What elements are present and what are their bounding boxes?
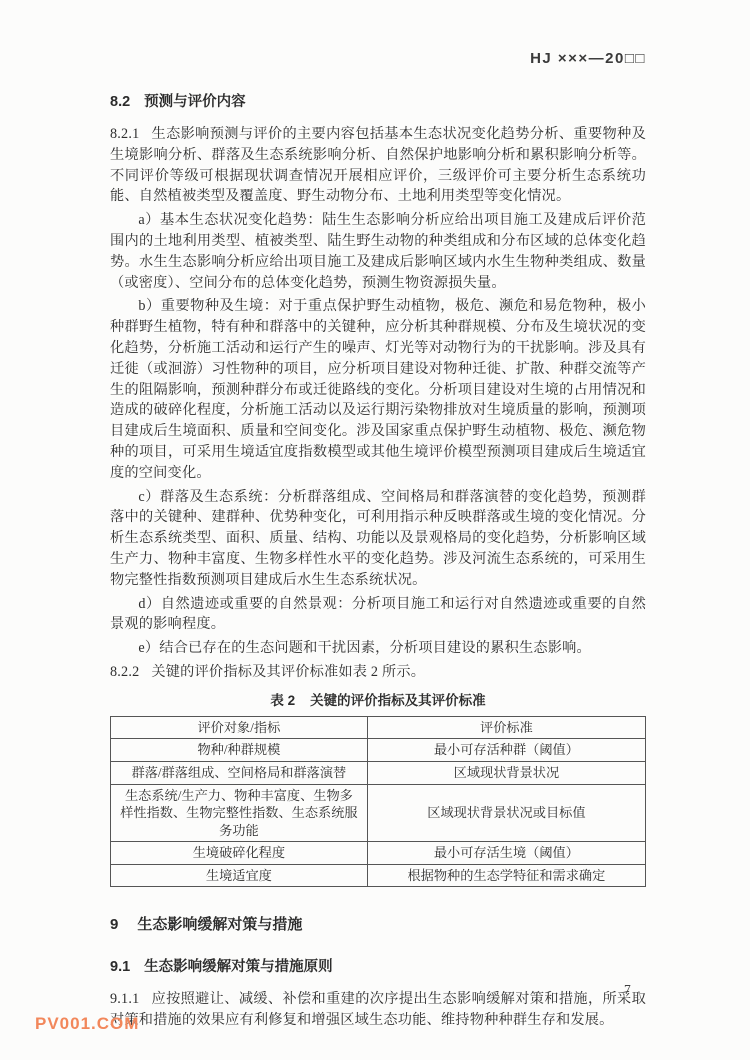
table-header-row: 评价对象/指标 评价标准: [111, 716, 646, 739]
col-header-standard: 评价标准: [367, 716, 645, 739]
section-number: 9: [110, 916, 118, 933]
para-number: 9.1.1: [110, 991, 139, 1007]
para-8-2-2: 8.2.2关键的评价指标及其评价标准如表 2 所示。: [110, 662, 646, 683]
section-number: 9.1: [110, 959, 130, 975]
col-header-indicator: 评价对象/指标: [111, 716, 368, 739]
cell-standard: 最小可存活种群（阈值）: [367, 739, 645, 762]
page-number: 7: [624, 982, 631, 998]
cell-standard: 区域现状背景状况或目标值: [367, 784, 645, 842]
evaluation-criteria-table: 评价对象/指标 评价标准 物种/种群规模 最小可存活种群（阈值） 群落/群落组成…: [110, 716, 646, 888]
doc-code: HJ ×××—20□□: [110, 50, 646, 67]
cell-indicator: 生境适宜度: [111, 864, 368, 887]
table-caption-title: 关键的评价指标及其评价标准: [310, 693, 486, 708]
table-row: 物种/种群规模 最小可存活种群（阈值）: [111, 739, 646, 762]
section-9-heading: 9生态影响缓解对策与措施: [110, 913, 646, 934]
table-row: 生境破碎化程度 最小可存活生境（阈值）: [111, 842, 646, 865]
list-item-c: c）群落及生态系统：分析群落组成、空间格局和群落演替的变化趋势，预测群落中的关键…: [110, 487, 646, 591]
list-item-d: d）自然遗迹或重要的自然景观：分析项目施工和运行对自然遗迹或重要的自然景观的影响…: [110, 594, 646, 636]
section-title: 生态影响缓解对策与措施: [137, 916, 302, 933]
para-8-2-1: 8.2.1生态影响预测与评价的主要内容包括基本生态状况变化趋势分析、重要物种及生…: [110, 124, 646, 207]
cell-indicator: 生境破碎化程度: [111, 842, 368, 865]
cell-standard: 最小可存活生境（阈值）: [367, 842, 645, 865]
section-number: 8.2: [110, 94, 130, 110]
table-row: 生境适宜度 根据物种的生态学特征和需求确定: [111, 864, 646, 887]
list-item-b: b）重要物种及生境：对于重点保护野生动植物，极危、濒危和易危物种，极小种群野生植…: [110, 296, 646, 483]
para-number: 8.2.1: [110, 126, 139, 142]
document-page: { "header": { "doc_code": "HJ ×××—20□□" …: [0, 0, 750, 1060]
cell-standard: 根据物种的生态学特征和需求确定: [367, 864, 645, 887]
watermark: PV001.COM: [35, 1014, 139, 1034]
table-row: 生态系统/生产力、物种丰富度、生物多样性指数、生物完整性指数、生态系统服务功能 …: [111, 784, 646, 842]
table-row: 群落/群落组成、空间格局和群落演替 区域现状背景状况: [111, 761, 646, 784]
section-title: 预测与评价内容: [144, 94, 246, 110]
para-number: 8.2.2: [110, 664, 139, 680]
para-text: 关键的评价指标及其评价标准如表 2 所示。: [151, 664, 425, 680]
list-item-e: e）结合已存在的生态问题和干扰因素，分析项目建设的累积生态影响。: [110, 638, 646, 659]
cell-indicator: 群落/群落组成、空间格局和群落演替: [111, 761, 368, 784]
cell-standard: 区域现状背景状况: [367, 761, 645, 784]
para-text: 应按照避让、减缓、补偿和重建的次序提出生态影响缓解对策和措施，所采取对策和措施的…: [110, 991, 646, 1028]
section-title: 生态影响缓解对策与措施原则: [144, 959, 333, 975]
section-9-1-heading: 9.1生态影响缓解对策与措施原则: [110, 955, 646, 976]
cell-indicator: 物种/种群规模: [111, 739, 368, 762]
page-content: HJ ×××—20□□ 8.2预测与评价内容 8.2.1生态影响预测与评价的主要…: [110, 0, 646, 1034]
para-text: 生态影响预测与评价的主要内容包括基本生态状况变化趋势分析、重要物种及生境影响分析…: [110, 126, 646, 204]
para-9-1-1: 9.1.1应按照避让、减缓、补偿和重建的次序提出生态影响缓解对策和措施，所采取对…: [110, 989, 646, 1031]
section-8-2-heading: 8.2预测与评价内容: [110, 90, 646, 111]
table-caption-label: 表 2: [270, 693, 295, 708]
list-item-a: a）基本生态状况变化趋势：陆生生态影响分析应给出项目施工及建成后评价范围内的土地…: [110, 210, 646, 293]
table-caption: 表 2关键的评价指标及其评价标准: [110, 689, 646, 709]
cell-indicator: 生态系统/生产力、物种丰富度、生物多样性指数、生物完整性指数、生态系统服务功能: [111, 784, 368, 842]
